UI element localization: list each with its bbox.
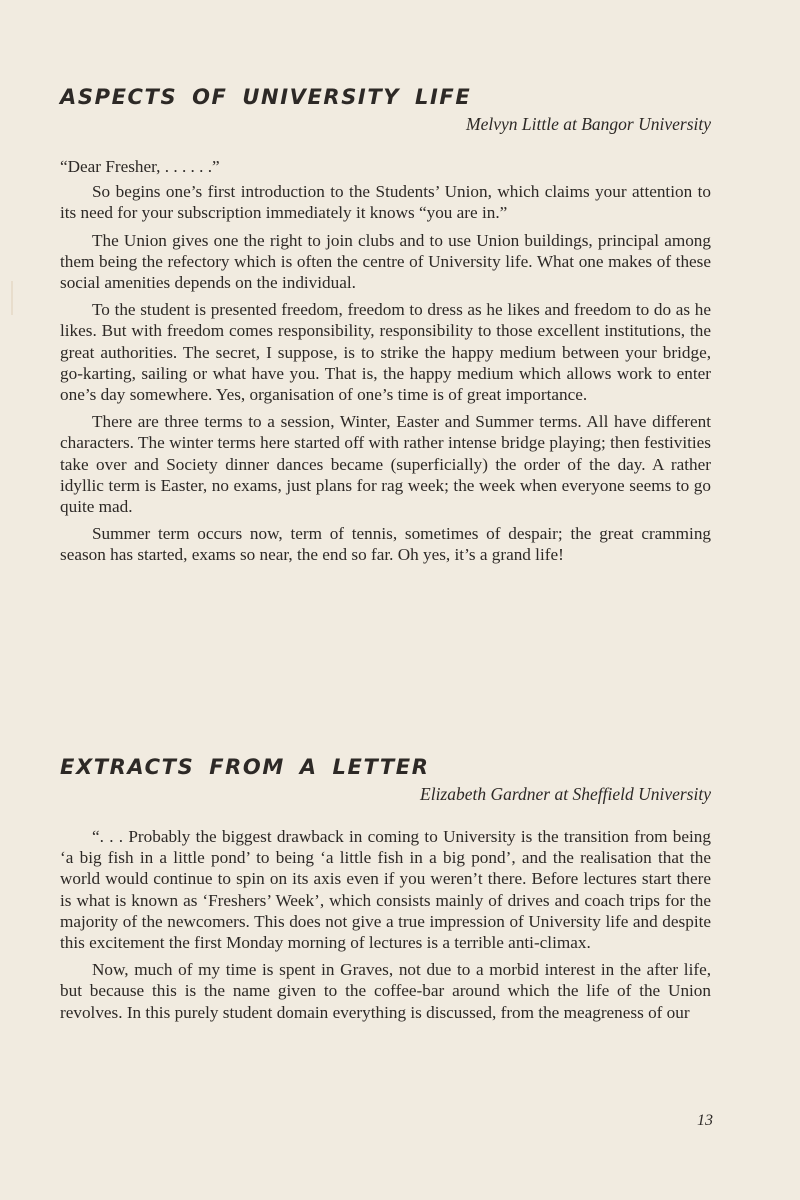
paragraph: The Union gives one the right to join cl… xyxy=(60,230,711,294)
article-aspects-of-university-life: ASPECTS OF UNIVERSITY LIFE Melvyn Little… xyxy=(60,82,711,572)
article-byline: Melvyn Little at Bangor University xyxy=(60,112,711,136)
article-title: ASPECTS OF UNIVERSITY LIFE xyxy=(60,82,711,112)
paragraph: Summer term occurs now, term of tennis, … xyxy=(60,523,711,565)
article-byline: Elizabeth Gardner at Sheffield Universit… xyxy=(60,782,711,806)
salutation: “Dear Fresher, . . . . . .” xyxy=(60,156,711,177)
paragraph: There are three terms to a session, Wint… xyxy=(60,411,711,517)
article-extracts-from-a-letter: EXTRACTS FROM A LETTER Elizabeth Gardner… xyxy=(60,752,711,1029)
paragraph: To the student is presented freedom, fre… xyxy=(60,299,711,405)
margin-mark xyxy=(11,281,13,315)
article-body: “. . . Probably the biggest drawback in … xyxy=(60,826,711,1023)
article-body: “Dear Fresher, . . . . . .” So begins on… xyxy=(60,156,711,566)
paragraph: “. . . Probably the biggest drawback in … xyxy=(60,826,711,953)
paragraph: So begins one’s first introduction to th… xyxy=(60,181,711,223)
article-title: EXTRACTS FROM A LETTER xyxy=(60,752,711,782)
page-number: 13 xyxy=(697,1112,713,1130)
paragraph: Now, much of my time is spent in Graves,… xyxy=(60,959,711,1023)
